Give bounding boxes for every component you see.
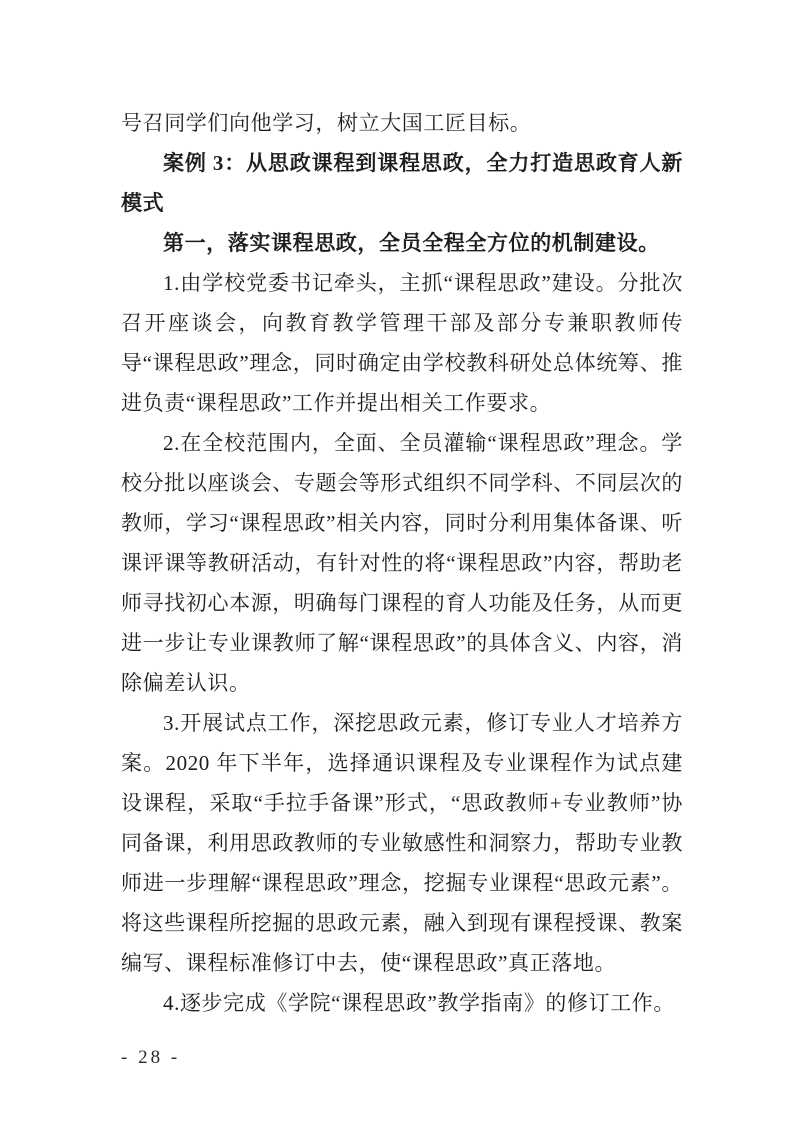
paragraph-item-2: 2.在全校范围内，全面、全员灌输“课程思政”理念。学校分批以座谈会、专题会等形式… [121,423,683,703]
page-number: - 28 - [121,1046,180,1070]
document-page: 号召同学们向他学习，树立大国工匠目标。 案例 3：从思政课程到课程思政，全力打造… [0,0,800,1131]
paragraph-item-1: 1.由学校党委书记牵头，主抓“课程思政”建设。分批次召开座谈会，向教育教学管理干… [121,263,683,423]
heading-case-3: 案例 3：从思政课程到课程思政，全力打造思政育人新模式 [121,143,683,223]
paragraph-continuation: 号召同学们向他学习，树立大国工匠目标。 [121,103,683,143]
paragraph-item-4: 4.逐步完成《学院“课程思政”教学指南》的修订工作。 [121,983,683,1023]
heading-first-point: 第一，落实课程思政，全员全程全方位的机制建设。 [121,223,683,263]
document-body: 号召同学们向他学习，树立大国工匠目标。 案例 3：从思政课程到课程思政，全力打造… [121,103,683,1023]
paragraph-item-3: 3.开展试点工作，深挖思政元素，修订专业人才培养方案。2020 年下半年，选择通… [121,703,683,983]
